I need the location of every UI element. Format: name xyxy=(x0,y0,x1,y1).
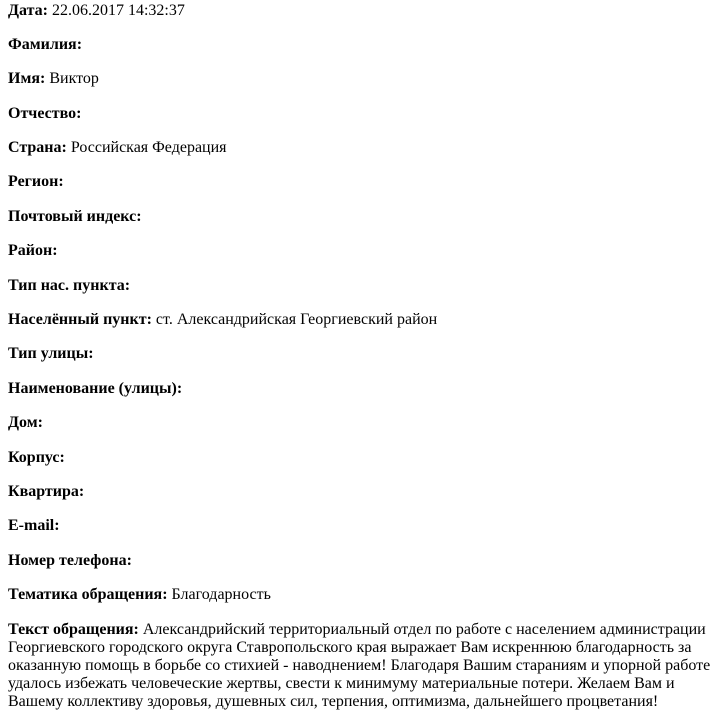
field-label: Фамилия: xyxy=(8,36,82,53)
field-topic: Тематика обращения: Благодарность xyxy=(8,586,271,604)
field-label: Корпус: xyxy=(8,449,65,466)
field-label: Отчество: xyxy=(8,105,81,122)
field-country: Страна: Российская Федерация xyxy=(8,139,227,157)
field-value: 22.06.2017 14:32:37 xyxy=(52,2,185,19)
field-street-type: Тип улицы: xyxy=(8,345,94,363)
field-patronymic: Отчество: xyxy=(8,105,81,123)
field-label: Страна: xyxy=(8,139,67,156)
field-label: Наименование (улицы): xyxy=(8,380,182,397)
field-label: Регион: xyxy=(8,173,64,190)
field-label: Имя: xyxy=(8,70,45,87)
field-label: Дата: xyxy=(8,2,48,19)
field-value: Благодарность xyxy=(172,586,271,603)
field-label: Тематика обращения: xyxy=(8,586,168,603)
field-street-name: Наименование (улицы): xyxy=(8,380,182,398)
field-message: Текст обращения: Александрийский террито… xyxy=(8,621,712,711)
field-value: ст. Александрийская Георгиевский район xyxy=(156,311,437,328)
field-settlement: Населённый пункт: ст. Александрийская Ге… xyxy=(8,311,437,329)
field-value: Виктор xyxy=(49,70,99,87)
field-label: Населённый пункт: xyxy=(8,311,152,328)
field-label: Район: xyxy=(8,242,58,259)
field-district: Район: xyxy=(8,242,58,260)
field-postal-code: Почтовый индекс: xyxy=(8,208,142,226)
field-last-name: Фамилия: xyxy=(8,36,82,54)
field-label: Номер телефона: xyxy=(8,552,132,569)
field-label: E-mail: xyxy=(8,517,60,534)
field-settlement-type: Тип нас. пункта: xyxy=(8,277,130,295)
field-label: Квартира: xyxy=(8,483,84,500)
field-label: Дом: xyxy=(8,414,43,431)
field-first-name: Имя: Виктор xyxy=(8,70,99,88)
field-label: Тип нас. пункта: xyxy=(8,277,130,294)
field-value: Российская Федерация xyxy=(71,139,227,156)
field-apartment: Квартира: xyxy=(8,483,84,501)
field-phone: Номер телефона: xyxy=(8,552,132,570)
field-email: E-mail: xyxy=(8,517,60,535)
field-building: Корпус: xyxy=(8,449,65,467)
field-house: Дом: xyxy=(8,414,43,432)
field-label: Почтовый индекс: xyxy=(8,208,142,225)
field-date: Дата: 22.06.2017 14:32:37 xyxy=(8,2,185,20)
field-label: Текст обращения: xyxy=(8,621,139,638)
field-region: Регион: xyxy=(8,173,64,191)
field-label: Тип улицы: xyxy=(8,345,94,362)
